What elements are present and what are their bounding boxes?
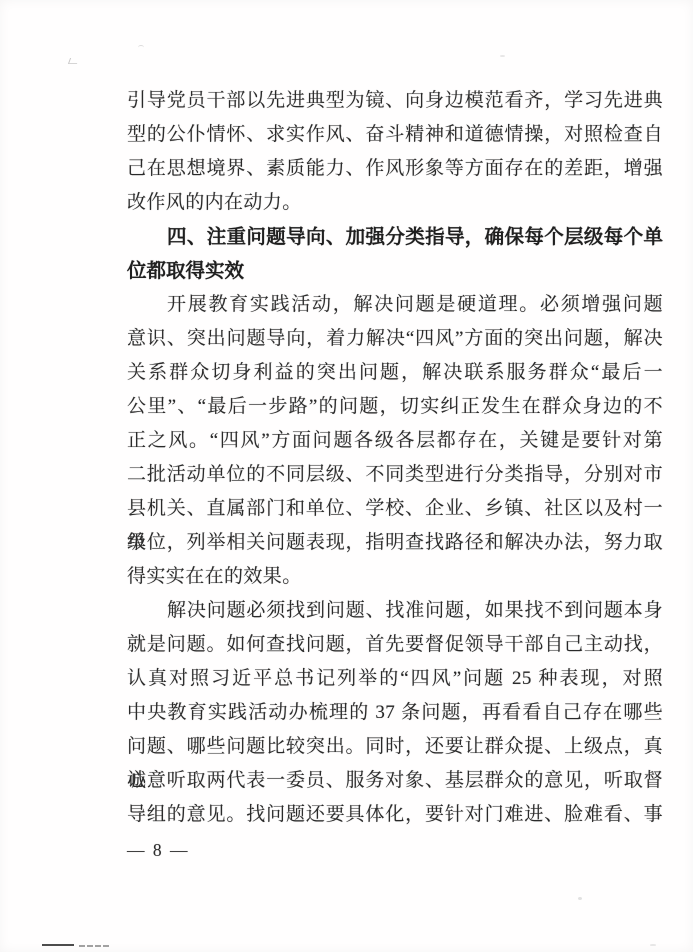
text-line: 关系群众切身利益的突出问题，解决联系服务群众“最后一: [127, 356, 663, 390]
text-line: 单位，列举相关问题表现，指明查找路径和解决办法，努力取: [127, 526, 663, 560]
text-line: 意识、突出问题导向，着力解决“四风”方面的突出问题，解决: [127, 322, 663, 356]
text-line: 解决问题必须找到问题、找准问题，如果找不到问题本身: [127, 594, 663, 628]
ink-speck: [138, 45, 144, 50]
text-line: 公里”、“最后一步路”的问题，切实纠正发生在群众身边的不: [127, 390, 663, 424]
ink-speck: [500, 55, 505, 57]
ink-speck: [578, 897, 582, 900]
body-paragraph: 开展教育实践活动，解决问题是硬道理。必须增强问题 意识、突出问题导向，着力解决“…: [127, 288, 663, 594]
text-line: 认真对照习近平总书记列举的“四风”问题 25 种表现，对照: [127, 662, 663, 696]
heading-line: 四、注重问题导向、加强分类指导，确保每个层级每个单: [127, 220, 663, 254]
text-line: 正之风。“四风”方面问题各级各层都存在，关键是要针对第: [127, 424, 663, 458]
page-number: — 8 —: [127, 838, 190, 862]
heading-line: 位都取得实效: [127, 254, 663, 288]
text-line: 中央教育实践活动办梳理的 37 条问题，再看看自己存在哪些: [127, 696, 663, 730]
text-line: 县机关、直属部门和单位、学校、企业、乡镇、社区以及村一级: [127, 492, 663, 526]
text-line: 改作风的内在动力。: [127, 186, 663, 220]
scan-edge-line: [79, 945, 109, 947]
ink-speck: [68, 58, 79, 64]
section-heading: 四、注重问题导向、加强分类指导，确保每个层级每个单 位都取得实效: [127, 220, 663, 288]
text-line: 二批活动单位的不同层级、不同类型进行分类指导，分别对市: [127, 458, 663, 492]
text-line: 诚意听取两代表一委员、服务对象、基层群众的意见，听取督: [127, 764, 663, 798]
text-line: 开展教育实践活动，解决问题是硬道理。必须增强问题: [127, 288, 663, 322]
ink-speck: [650, 944, 656, 946]
text-line: 得实实在在的效果。: [127, 560, 663, 594]
document-text-block: 引导党员干部以先进典型为镜、向身边模范看齐，学习先进典 型的公仆情怀、求实作风、…: [127, 84, 663, 832]
text-line: 型的公仆情怀、求实作风、奋斗精神和道德情操，对照检查自: [127, 118, 663, 152]
text-line: 己在思想境界、素质能力、作风形象等方面存在的差距，增强: [127, 152, 663, 186]
text-line: 导组的意见。找问题还要具体化，要针对门难进、脸难看、事: [127, 798, 663, 832]
text-line: 问题、哪些问题比较突出。同时，还要让群众提、上级点，真心: [127, 730, 663, 764]
scan-edge-line: [42, 944, 74, 946]
paragraph-continuation: 引导党员干部以先进典型为镜、向身边模范看齐，学习先进典 型的公仆情怀、求实作风、…: [127, 84, 663, 220]
text-line: 引导党员干部以先进典型为镜、向身边模范看齐，学习先进典: [127, 84, 663, 118]
body-paragraph: 解决问题必须找到问题、找准问题，如果找不到问题本身 就是问题。如何查找问题，首先…: [127, 594, 663, 832]
scanned-document-page: 引导党员干部以先进典型为镜、向身边模范看齐，学习先进典 型的公仆情怀、求实作风、…: [0, 0, 693, 952]
text-line: 就是问题。如何查找问题，首先要督促领导干部自己主动找，: [127, 628, 663, 662]
